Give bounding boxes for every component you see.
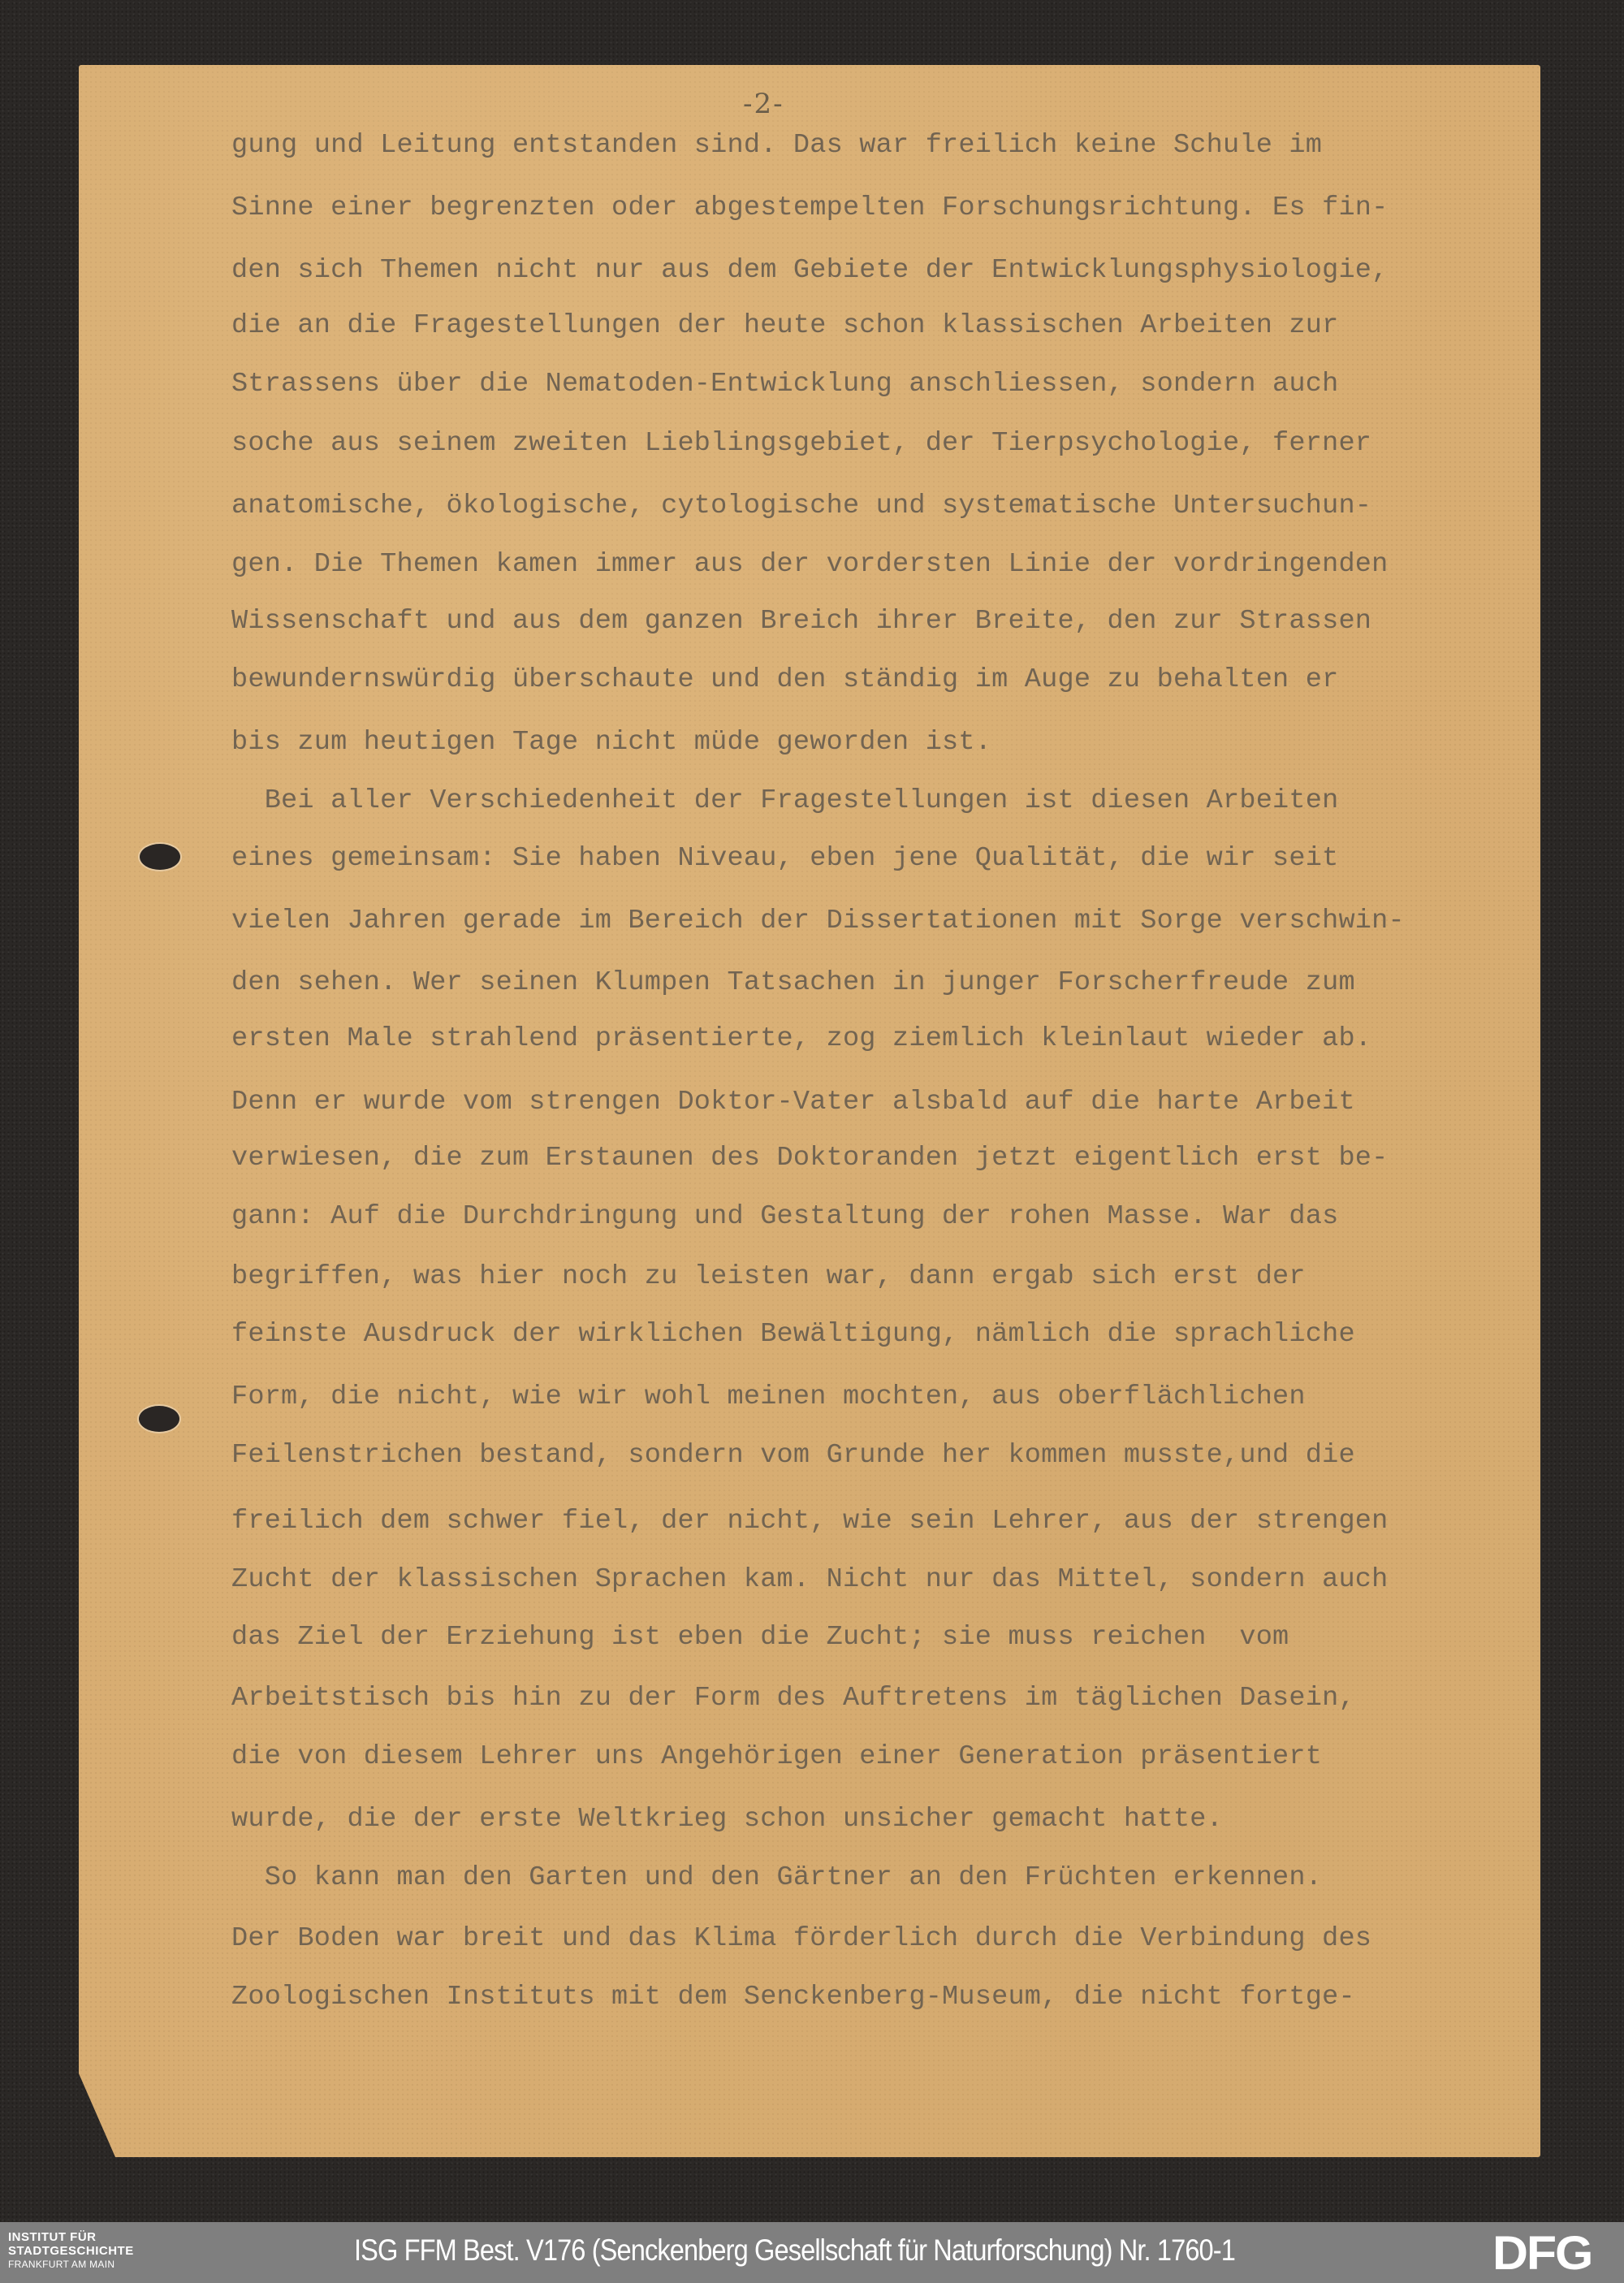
text-line: Sinne einer begrenzten oder abgestempelt…: [231, 192, 1539, 224]
text-line: feinste Ausdruck der wirklichen Bewältig…: [231, 1318, 1539, 1351]
text-line: begriffen, was hier noch zu leisten war,…: [231, 1260, 1539, 1293]
text-line: gen. Die Themen kamen immer aus der vord…: [231, 548, 1539, 581]
text-line: die an die Fragestellungen der heute sch…: [231, 309, 1539, 342]
text-line: Bei aller Verschiedenheit der Fragestell…: [231, 785, 1539, 817]
text-line: Arbeitstisch bis hin zu der Form des Auf…: [231, 1682, 1539, 1714]
institution-name-line2: STADTGESCHICHTE: [8, 2244, 134, 2258]
text-line: Strassens über die Nematoden-Entwicklung…: [231, 368, 1539, 400]
punch-hole-lower: [139, 1406, 179, 1432]
archive-signature-caption: ISG FFM Best. V176 (Senckenberg Gesellsc…: [354, 2233, 1235, 2268]
text-line: gann: Auf die Durchdringung und Gestaltu…: [231, 1200, 1539, 1233]
text-line: Zoologischen Instituts mit dem Senckenbe…: [231, 1981, 1539, 2013]
text-line: den sich Themen nicht nur aus dem Gebiet…: [231, 254, 1539, 287]
punch-hole-upper: [140, 844, 180, 870]
text-line: die von diesem Lehrer uns Angehörigen ei…: [231, 1740, 1539, 1773]
text-line: das Ziel der Erziehung ist eben die Zuch…: [231, 1621, 1539, 1654]
institution-logo: INSTITUT FÜR STADTGESCHICHTE FRANKFURT A…: [8, 2230, 134, 2272]
dfg-logo-icon: DFG: [1492, 2233, 1592, 2275]
text-line: den sehen. Wer seinen Klumpen Tatsachen …: [231, 966, 1539, 999]
text-line: eines gemeinsam: Sie haben Niveau, eben …: [231, 842, 1539, 875]
text-line: wurde, die der erste Weltkrieg schon uns…: [231, 1803, 1539, 1835]
institution-name-line1: INSTITUT FÜR: [8, 2230, 134, 2244]
text-line: gung und Leitung entstanden sind. Das wa…: [231, 129, 1539, 162]
text-line: freilich dem schwer fiel, der nicht, wie…: [231, 1505, 1539, 1537]
text-line: anatomische, ökologische, cytologische u…: [231, 490, 1539, 522]
text-line: Zucht der klassischen Sprachen kam. Nich…: [231, 1563, 1539, 1596]
text-line: bewundernswürdig überschaute und den stä…: [231, 664, 1539, 696]
text-line: Wissenschaft und aus dem ganzen Breich i…: [231, 605, 1539, 638]
text-line: ersten Male strahlend präsentierte, zog …: [231, 1023, 1539, 1055]
text-line: verwiesen, die zum Erstaunen des Doktora…: [231, 1142, 1539, 1174]
text-line: So kann man den Garten und den Gärtner a…: [231, 1861, 1539, 1894]
text-line: Der Boden war breit und das Klima förder…: [231, 1922, 1539, 1955]
text-line: Feilenstrichen bestand, sondern vom Grun…: [231, 1439, 1539, 1472]
text-line: soche aus seinem zweiten Lieblingsgebiet…: [231, 427, 1539, 460]
text-line: Denn er wurde vom strengen Doktor-Vater …: [231, 1086, 1539, 1118]
text-line: vielen Jahren gerade im Bereich der Diss…: [231, 905, 1539, 937]
institution-city: FRANKFURT AM MAIN: [8, 2258, 134, 2272]
text-line: Form, die nicht, wie wir wohl meinen moc…: [231, 1381, 1539, 1413]
archive-footer-bar: INSTITUT FÜR STADTGESCHICHTE FRANKFURT A…: [0, 2222, 1624, 2283]
page-number: -2-: [743, 88, 784, 120]
text-line: bis zum heutigen Tage nicht müde geworde…: [231, 726, 1539, 759]
